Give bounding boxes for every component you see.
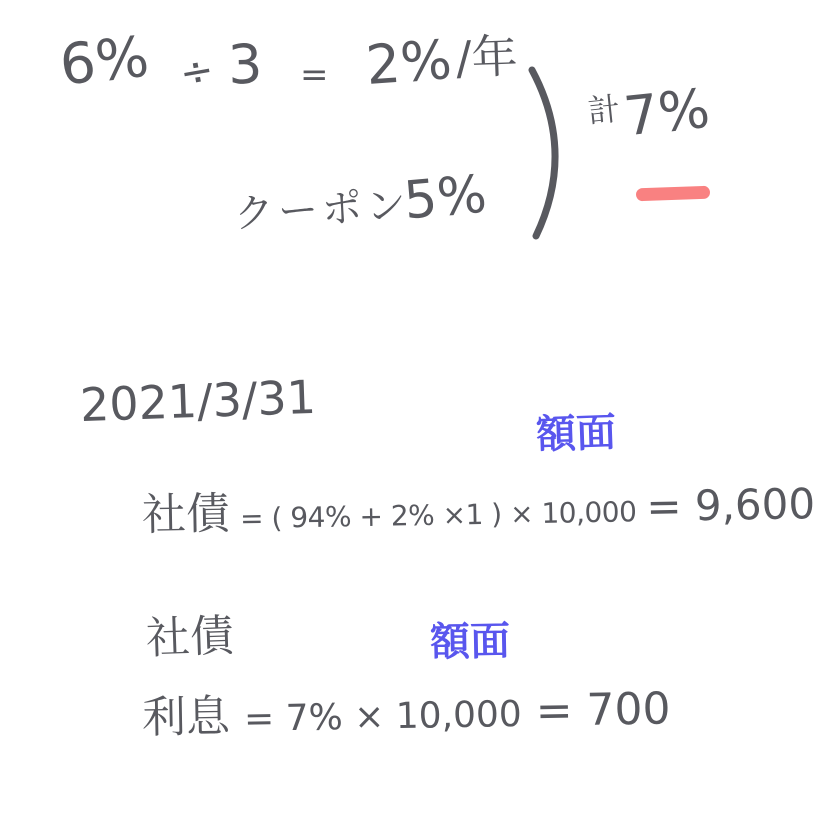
handwritten-note-canvas: 6% ÷ 3 = 2% /年 クーポン 5% 計 7% 2021/3/31 額面… <box>0 0 837 837</box>
interest-result-value: = 700 <box>535 687 671 733</box>
division-operator: ÷ <box>177 49 217 94</box>
bond-formula: = ( 94% + 2% ×1 ) × 10,000 <box>240 498 637 533</box>
coupon-rate-value: 5% <box>402 169 489 228</box>
coupon-label: クーポン <box>233 185 411 234</box>
years-divisor-value: 3 <box>227 37 263 92</box>
per-year-unit: /年 <box>455 33 518 81</box>
interest-account-label-line1: 社債 <box>145 614 234 661</box>
interest-account-label-line2: 利息 <box>142 695 231 741</box>
bond-result-value: = 9,600 <box>646 483 815 528</box>
interest-formula: = 7% × 10,000 <box>244 697 522 738</box>
face-value-annotation-bond: 額面 <box>535 413 616 456</box>
interest-equation-row: 利息 = 7% × 10,000 = 700 <box>142 687 671 740</box>
bond-equation-row: 社債 = ( 94% + 2% ×1 ) × 10,000 = 9,600 <box>142 482 816 538</box>
face-value-annotation-interest: 額面 <box>430 621 511 662</box>
bond-account-label: 社債 <box>142 492 231 538</box>
discount-total-value: 6% <box>57 30 151 95</box>
closing-parenthesis-stroke <box>524 64 578 242</box>
equals-sign: = <box>300 58 329 92</box>
entry-date: 2021/3/31 <box>79 374 316 428</box>
total-rate-value: 7% <box>621 82 712 145</box>
total-label: 計 <box>586 92 621 127</box>
red-underline-highlight <box>636 186 710 202</box>
annual-rate-value: 2% <box>364 33 453 93</box>
